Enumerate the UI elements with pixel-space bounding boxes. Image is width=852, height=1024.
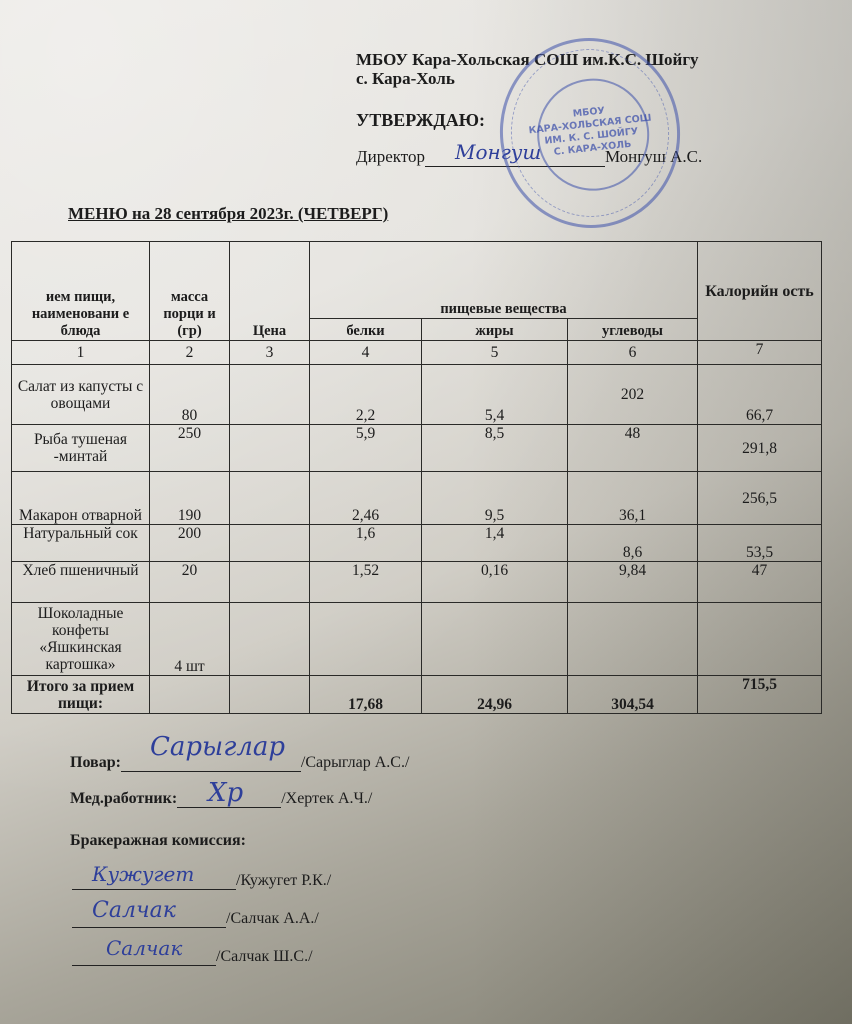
- member-signature: Салчак: [106, 936, 182, 960]
- dish-mass: 80: [150, 365, 230, 425]
- dish-mass: 4 шт: [150, 603, 230, 676]
- column-number-row: 1 2 3 4 5 6 7: [12, 341, 822, 365]
- dish-calories: 66,7: [698, 365, 822, 425]
- dish-name: Натуральный сок: [12, 525, 150, 562]
- dish-price: [230, 562, 310, 603]
- med-name: /Хертек А.Ч./: [281, 790, 372, 807]
- dish-mass: 200: [150, 525, 230, 562]
- dish-protein: 1,52: [310, 562, 422, 603]
- dish-price: [230, 365, 310, 425]
- dish-carbs: 202: [568, 365, 698, 425]
- dish-name: Салат из капусты с овощами: [12, 365, 150, 425]
- header-dish: ием пищи, наименовани е блюда: [12, 242, 150, 341]
- total-protein: 17,68: [310, 676, 422, 714]
- dish-protein: 1,6: [310, 525, 422, 562]
- col-num: 1: [12, 341, 150, 365]
- col-num: 2: [150, 341, 230, 365]
- dish-fat: 1,4: [422, 525, 568, 562]
- member-name: /Салчак Ш.С./: [216, 948, 313, 965]
- member-signature: Салчак: [92, 898, 176, 923]
- dish-price: [230, 425, 310, 472]
- dish-name: Макарон отварной: [12, 472, 150, 525]
- dish-mass: 190: [150, 472, 230, 525]
- total-price: [230, 676, 310, 714]
- col-num: 3: [230, 341, 310, 365]
- dish-mass: 250: [150, 425, 230, 472]
- dish-fat: 5,4: [422, 365, 568, 425]
- total-carbs: 304,54: [568, 676, 698, 714]
- total-fat: 24,96: [422, 676, 568, 714]
- dish-name: Рыба тушеная -минтай: [12, 425, 150, 472]
- member-signature: Кужугет: [92, 862, 194, 886]
- header-nutrients: пищевые вещества: [310, 242, 698, 319]
- col-num: 5: [422, 341, 568, 365]
- header-fat: жиры: [422, 319, 568, 341]
- director-label: Директор: [356, 147, 425, 166]
- dish-price: [230, 525, 310, 562]
- header-protein: белки: [310, 319, 422, 341]
- total-label: Итого за прием пищи:: [12, 676, 150, 714]
- commission-label: Бракеражная комиссия:: [70, 832, 246, 850]
- total-mass: [150, 676, 230, 714]
- dish-carbs: 36,1: [568, 472, 698, 525]
- dish-protein: 2,46: [310, 472, 422, 525]
- menu-title: МЕНЮ на 28 сентября 2023г. (ЧЕТВЕРГ): [68, 204, 388, 224]
- dish-carbs: 9,84: [568, 562, 698, 603]
- member-name: /Кужугет Р.К./: [236, 872, 331, 889]
- header-calories: Калорийн ость: [698, 242, 822, 341]
- med-label: Мед.работник:: [70, 790, 177, 807]
- total-row: Итого за прием пищи: 17,68 24,96 304,54 …: [12, 676, 822, 714]
- member-name: /Салчак А.А./: [226, 910, 319, 927]
- table-row: Рыба тушеная -минтай 250 5,9 8,5 48 291,…: [12, 425, 822, 472]
- table-row: Натуральный сок 200 1,6 1,4 8,6 53,5: [12, 525, 822, 562]
- dish-name: Хлеб пшеничный: [12, 562, 150, 603]
- total-calories: 715,5: [698, 676, 822, 714]
- table-row: Шоколадные конфеты «Яшкинская картошка» …: [12, 603, 822, 676]
- dish-calories: 291,8: [698, 425, 822, 472]
- dish-mass: 20: [150, 562, 230, 603]
- cook-signature: Сарыглар: [150, 732, 285, 762]
- dish-fat: 9,5: [422, 472, 568, 525]
- dish-fat: 0,16: [422, 562, 568, 603]
- approve-heading: УТВЕРЖДАЮ:: [356, 110, 485, 131]
- dish-fat: [422, 603, 568, 676]
- header-mass: масса порци и (гр): [150, 242, 230, 341]
- dish-protein: 5,9: [310, 425, 422, 472]
- dish-calories: 256,5: [698, 472, 822, 525]
- menu-table: ием пищи, наименовани е блюда масса порц…: [11, 241, 822, 714]
- cook-name: /Сарыглар А.С./: [301, 754, 409, 771]
- dish-protein: 2,2: [310, 365, 422, 425]
- dish-calories: 47: [698, 562, 822, 603]
- dish-protein: [310, 603, 422, 676]
- col-num: 4: [310, 341, 422, 365]
- dish-carbs: [568, 603, 698, 676]
- col-num: 7: [698, 341, 822, 365]
- village-name: с. Кара-Холь: [356, 69, 455, 88]
- dish-price: [230, 603, 310, 676]
- table-row: Макарон отварной 190 2,46 9,5 36,1 256,5: [12, 472, 822, 525]
- table-row: Салат из капусты с овощами 80 2,2 5,4 20…: [12, 365, 822, 425]
- dish-calories: [698, 603, 822, 676]
- dish-fat: 8,5: [422, 425, 568, 472]
- dish-name: Шоколадные конфеты «Яшкинская картошка»: [12, 603, 150, 676]
- header-price: Цена: [230, 242, 310, 341]
- med-signature: Хр: [208, 778, 243, 808]
- dish-calories: 53,5: [698, 525, 822, 562]
- dish-price: [230, 472, 310, 525]
- header-carbs: углеводы: [568, 319, 698, 341]
- cook-label: Повар:: [70, 754, 121, 771]
- col-num: 6: [568, 341, 698, 365]
- table-row: Хлеб пшеничный 20 1,52 0,16 9,84 47: [12, 562, 822, 603]
- dish-carbs: 8,6: [568, 525, 698, 562]
- dish-carbs: 48: [568, 425, 698, 472]
